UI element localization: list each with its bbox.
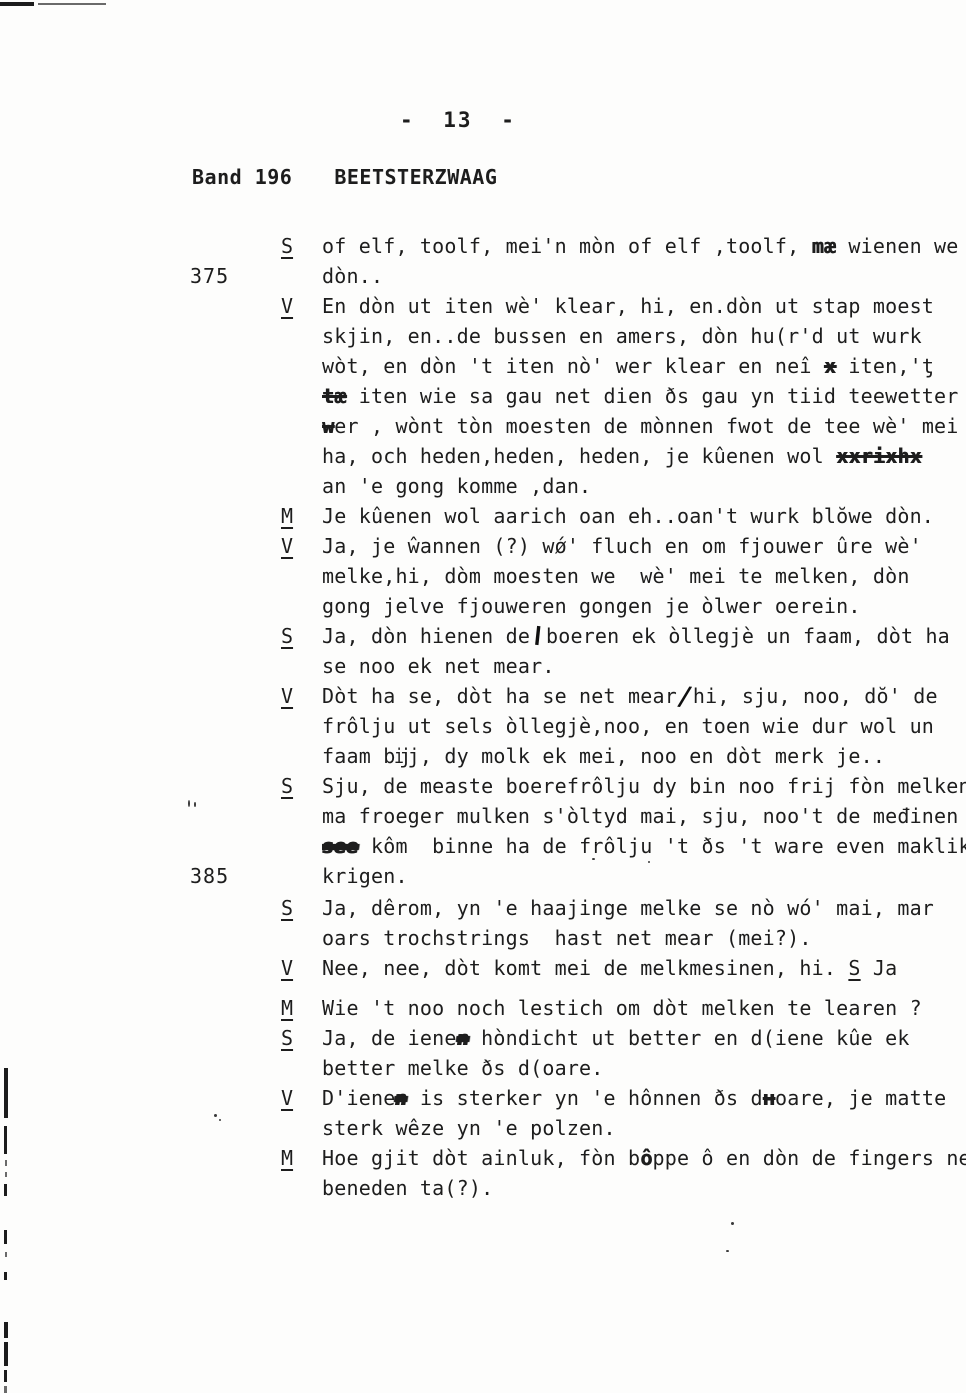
margin-line-number: 375: [190, 261, 229, 291]
line-text: Ja, je ŵannen (?) wǿ' fluch en om fjouwe…: [322, 531, 966, 561]
text-segment: iten,'ƫ: [836, 354, 934, 378]
text-segment: mæ: [812, 234, 836, 258]
transcript-line: Sof elf, toolf, mei'n mòn of elf ,toolf,…: [0, 231, 966, 261]
transcript-line: wòt, en dòn 't iten nò' wer klear en neî…: [0, 351, 966, 381]
text-segment: faam bĳj, dy molk ek mei, noo en dòt mer…: [322, 744, 885, 768]
text-segment: Hoe gjit dòt ainluk, fòn b: [322, 1146, 640, 1170]
line-text: tæ iten wie sa gau net dien ðs gau yn ti…: [322, 381, 966, 411]
speaker-label: S: [281, 231, 293, 261]
transcript-line: oars trochstrings hast net mear (mei?).: [0, 923, 966, 953]
text-segment: Wie 't noo noch lestich om dòt melken te…: [322, 996, 922, 1020]
line-text: dòn..: [322, 261, 966, 291]
speaker-label: V: [281, 531, 293, 561]
transcript-line: ma froeger mulken s'òltyd mai, sju, noo'…: [0, 801, 966, 831]
line-text: se noo ek net mear.: [322, 651, 966, 681]
text-segment: Je kûenen wol aarich oan eh..oan't wurk …: [322, 504, 934, 528]
text-segment: w: [322, 414, 334, 438]
line-text: of elf, toolf, mei'n mòn of elf ,toolf, …: [322, 231, 966, 261]
scan-artifact: [5, 1252, 7, 1257]
speaker-label: S: [281, 771, 293, 801]
page-number: - 13 -: [400, 108, 516, 132]
transcript-line: gong jelve fjouweren gongen je òlwer oer…: [0, 591, 966, 621]
text-segment: Ja: [861, 956, 898, 980]
line-text: see kôm binne ha de frôlju 't ðs 't ware…: [322, 831, 966, 861]
speaker-label: V: [281, 1083, 293, 1113]
text-segment: ô: [640, 1146, 652, 1170]
line-text: sterk wêze yn 'e polzen.: [322, 1113, 966, 1143]
text-segment: se noo ek net mear.: [322, 654, 555, 678]
band-header: Band 196BEETSTERZWAAG: [192, 165, 497, 189]
speaker-label: M: [281, 501, 293, 531]
text-segment: x: [824, 354, 836, 378]
speaker-label: S: [281, 1023, 293, 1053]
scan-artifact: [4, 1342, 8, 1366]
text-segment: ha, och heden,heden, heden, je kûenen wo…: [322, 444, 836, 468]
speaker-label: V: [281, 681, 293, 711]
text-segment: iten wie sa gau net dien ðs gau yn tiid …: [346, 384, 958, 408]
transcript-line: sterk wêze yn 'e polzen.: [0, 1113, 966, 1143]
text-segment: kôm binne ha de frôlju 't ðs 't ware eve…: [359, 834, 966, 858]
transcript-line: SSju, de measte boerefrôlju dy bin noo f…: [0, 771, 966, 801]
text-segment: sterk wêze yn 'e polzen.: [322, 1116, 616, 1140]
transcript-line: beneden ta(?).: [0, 1173, 966, 1203]
ink-speck: [726, 1250, 729, 1252]
line-text: faam bĳj, dy molk ek mei, noo en dòt mer…: [322, 741, 966, 771]
text-segment: ppe ô en dòn de fingers ne: [653, 1146, 966, 1170]
line-text: wer , wònt tòn moesten de mònnen fwot de…: [322, 411, 966, 441]
transcript-line: MWie 't noo noch lestich om dòt melken t…: [0, 993, 966, 1023]
line-text: Sju, de measte boerefrôlju dy bin noo fr…: [322, 771, 966, 801]
line-text: En dòn ut iten wè' klear, hi, en.dòn ut …: [322, 291, 966, 321]
text-segment: Dòt ha se, dòt ha se net mear: [322, 684, 677, 708]
transcript-line: VNee, nee, dòt komt mei de melkmesinen, …: [0, 953, 966, 983]
text-segment: beneden ta(?).: [322, 1176, 493, 1200]
text-segment: ma froeger mulken s'òltyd mai, sju, noo'…: [322, 804, 959, 828]
line-text: Ja, de ienen hòndicht ut better en d(ien…: [322, 1023, 966, 1053]
text-segment: tæ: [322, 384, 346, 408]
speaker-label: M: [281, 993, 293, 1023]
transcript-line: se noo ek net mear.: [0, 651, 966, 681]
document-page: - 13 - Band 196BEETSTERZWAAG Sof elf, to…: [0, 0, 966, 1393]
line-text: Je kûenen wol aarich oan eh..oan't wurk …: [322, 501, 966, 531]
transcript-line: VEn dòn ut iten wè' klear, hi, en.dòn ut…: [0, 291, 966, 321]
text-segment: Ja, dêrom, yn 'e haajinge melke se nò wó…: [322, 896, 934, 920]
text-segment: oare, je matte: [775, 1086, 946, 1110]
line-text: skjin, en..de bussen en amers, dòn hu(r'…: [322, 321, 966, 351]
text-segment: S: [848, 956, 860, 980]
line-text: melke,hi, dòm moesten we wè' mei te melk…: [322, 561, 966, 591]
transcript-line: SJa, dêrom, yn 'e haajinge melke se nò w…: [0, 893, 966, 923]
line-text: D'ienen is sterker yn 'e hônnen ðs dʜoar…: [322, 1083, 966, 1113]
speaker-label: S: [281, 893, 293, 923]
text-segment: ∕: [675, 683, 693, 711]
transcript-line: wer , wònt tòn moesten de mònnen fwot de…: [0, 411, 966, 441]
speaker-label: V: [281, 291, 293, 321]
transcript: Sof elf, toolf, mei'n mòn of elf ,toolf,…: [0, 231, 966, 1203]
scan-artifact: [0, 2, 34, 6]
line-text: Wie 't noo noch lestich om dòt melken te…: [322, 993, 966, 1023]
transcript-line: VDòt ha se, dòt ha se net mear∕hi, sju, …: [0, 681, 966, 711]
transcript-line: frôlju ut sels òllegjè,noo, en toen wie …: [0, 711, 966, 741]
transcript-line: VJa, je ŵannen (?) wǿ' fluch en om fjouw…: [0, 531, 966, 561]
text-segment: Ja, je ŵannen (?) wǿ' fluch en om fjouwe…: [322, 534, 922, 558]
text-segment: dòn..: [322, 264, 383, 288]
line-text: krigen.: [322, 861, 966, 891]
text-segment: krigen.: [322, 864, 408, 888]
transcript-line: VD'ienen is sterker yn 'e hônnen ðs dʜoa…: [0, 1083, 966, 1113]
text-segment: see: [322, 831, 361, 861]
text-segment: better melke ðs d(oare.: [322, 1056, 604, 1080]
text-segment: ʜ: [763, 1086, 775, 1110]
line-text: Ja, dòn hienen deǀboeren ek òllegjè un f…: [322, 621, 966, 651]
text-segment: boeren ek òllegjè un faam, dòt ha: [546, 624, 950, 648]
text-segment: Nee, nee, dòt komt mei de melkmesinen, h…: [322, 956, 848, 980]
transcript-line: an 'e gong komme ,dan.: [0, 471, 966, 501]
transcript-line: faam bĳj, dy molk ek mei, noo en dòt mer…: [0, 741, 966, 771]
margin-line-number: 385: [190, 861, 229, 891]
line-text: ha, och heden,heden, heden, je kûenen wo…: [322, 441, 966, 471]
transcript-line: better melke ðs d(oare.: [0, 1053, 966, 1083]
text-segment: an 'e gong komme ,dan.: [322, 474, 591, 498]
transcript-line: skjin, en..de bussen en amers, dòn hu(r'…: [0, 321, 966, 351]
text-segment: xxrixhx: [836, 444, 922, 468]
text-segment: is sterker yn 'e hônnen ðs d: [408, 1086, 763, 1110]
transcript-line: melke,hi, dòm moesten we wè' mei te melk…: [0, 561, 966, 591]
transcript-line: ha, och heden,heden, heden, je kûenen wo…: [0, 441, 966, 471]
scan-artifact: [4, 1272, 7, 1280]
scan-artifact: [4, 1230, 7, 1244]
text-segment: Ja, de iene: [322, 1026, 457, 1050]
transcript-line: SJa, dòn hienen deǀboeren ek òllegjè un …: [0, 621, 966, 651]
speaker-label: S: [281, 621, 293, 651]
line-text: Ja, dêrom, yn 'e haajinge melke se nò wó…: [322, 893, 966, 923]
band-label: Band 196: [192, 165, 292, 189]
transcript-line: MJe kûenen wol aarich oan eh..oan't wurk…: [0, 501, 966, 531]
text-segment: wòt, en dòn 't iten nò' wer klear en neî: [322, 354, 824, 378]
text-segment: gong jelve fjouweren gongen je òlwer oer…: [322, 594, 861, 618]
transcript-line: tæ iten wie sa gau net dien ðs gau yn ti…: [0, 381, 966, 411]
transcript-line: MHoe gjit dòt ainluk, fòn bôppe ô en dòn…: [0, 1143, 966, 1173]
scan-artifact: [4, 1322, 8, 1338]
ink-speck: [731, 1222, 734, 1225]
text-segment: Ja, dòn hienen de: [322, 624, 530, 648]
text-segment: ǀ: [529, 623, 547, 651]
line-text: Hoe gjit dòt ainluk, fòn bôppe ô en dòn …: [322, 1143, 966, 1173]
text-segment: skjin, en..de bussen en amers, dòn hu(r'…: [322, 324, 922, 348]
text-segment: frôlju ut sels òllegjè,noo, en toen wie …: [322, 714, 934, 738]
text-segment: oars trochstrings hast net mear (mei?).: [322, 926, 812, 950]
text-segment: melke,hi, dòm moesten we wè' mei te melk…: [322, 564, 910, 588]
text-segment: Sju, de measte boerefrôlju dy bin noo fr…: [322, 774, 966, 798]
line-text: Nee, nee, dòt komt mei de melkmesinen, h…: [322, 953, 966, 983]
text-segment: hi, sju, noo, dŏ' de: [693, 684, 938, 708]
line-text: oars trochstrings hast net mear (mei?).: [322, 923, 966, 953]
text-segment: er , wònt tòn moesten de mònnen fwot de …: [334, 414, 958, 438]
transcript-line: 375dòn..: [0, 261, 966, 291]
line-text: ma froeger mulken s'òltyd mai, sju, noo'…: [322, 801, 966, 831]
text-segment: En dòn ut iten wè' klear, hi, en.dòn ut …: [322, 294, 934, 318]
line-text: beneden ta(?).: [322, 1173, 966, 1203]
transcript-line: see kôm binne ha de frôlju 't ðs 't ware…: [0, 831, 966, 861]
speaker-label: V: [281, 953, 293, 983]
line-text: Dòt ha se, dòt ha se net mear∕hi, sju, n…: [322, 681, 966, 711]
line-text: gong jelve fjouweren gongen je òlwer oer…: [322, 591, 966, 621]
line-text: an 'e gong komme ,dan.: [322, 471, 966, 501]
transcript-line: SJa, de ienen hòndicht ut better en d(ie…: [0, 1023, 966, 1053]
text-segment: D'iene: [322, 1086, 395, 1110]
text-segment: hòndicht ut better en d(iene kûe ek: [469, 1026, 910, 1050]
line-text: frôlju ut sels òllegjè,noo, en toen wie …: [322, 711, 966, 741]
text-segment: wienen we: [836, 234, 958, 258]
scan-artifact: [4, 1386, 7, 1393]
line-text: better melke ðs d(oare.: [322, 1053, 966, 1083]
line-text: wòt, en dòn 't iten nò' wer klear en neî…: [322, 351, 966, 381]
scan-artifact: [38, 3, 106, 5]
speaker-label: M: [281, 1143, 293, 1173]
transcript-line: 385krigen.: [0, 861, 966, 891]
location-label: BEETSTERZWAAG: [334, 165, 497, 189]
scan-artifact: [4, 1370, 7, 1382]
text-segment: of elf, toolf, mei'n mòn of elf ,toolf,: [322, 234, 812, 258]
